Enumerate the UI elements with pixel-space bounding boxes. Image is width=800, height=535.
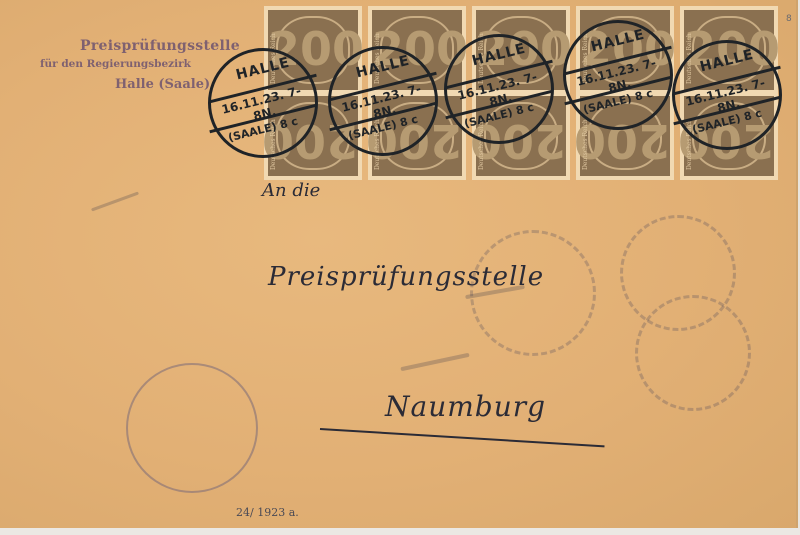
halle-postmark: HALLE16.11.23. 7-8N.(SAALE) 8 c	[208, 48, 318, 158]
paper-edge	[0, 528, 800, 535]
corner-mark: 8	[786, 14, 792, 24]
ink-smudge	[400, 353, 469, 371]
pencil-note: 24/ 1923 a.	[236, 506, 299, 519]
sender-line-3: Halle (Saale)	[115, 77, 210, 92]
address-salutation: An die	[262, 180, 320, 201]
halle-postmark: HALLE16.11.23. 7-8N.(SAALE) 8 c	[672, 40, 782, 150]
halle-postmark: HALLE16.11.23. 7-8N.(SAALE) 8 c	[563, 20, 673, 130]
ink-smudge	[91, 192, 139, 212]
halle-postmark: HALLE16.11.23. 7-8N.(SAALE) 8 c	[328, 46, 438, 156]
faint-postmark	[635, 295, 751, 411]
sender-line-2: für den Regierungsbezirk	[40, 58, 191, 70]
official-seal	[126, 363, 258, 493]
halle-postmark: HALLE16.11.23. 7-8N.(SAALE) 8 c	[444, 34, 554, 144]
address-underline	[320, 428, 605, 447]
envelope: Preisprüfungsstelle für den Regierungsbe…	[0, 0, 798, 533]
sender-line-1: Preisprüfungsstelle	[80, 38, 240, 54]
address-city: Naumburg	[385, 390, 546, 423]
